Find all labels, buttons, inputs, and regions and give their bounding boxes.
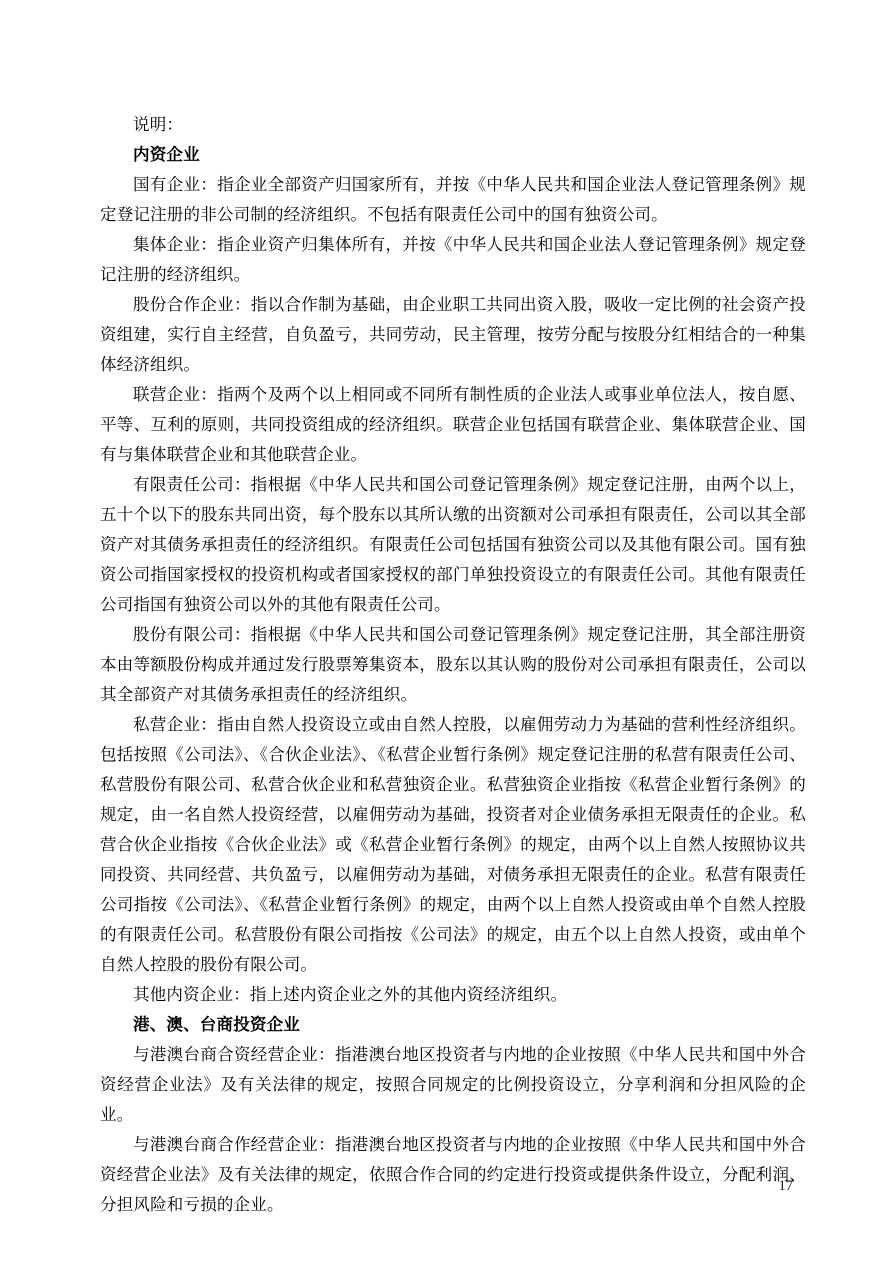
section-heading-hmt-invested-enterprises: 港、澳、台商投资企业 [100, 1010, 806, 1040]
paragraph-hmt-contractual-joint-venture: 与港澳台商合作经营企业：指港澳台地区投资者与内地的企业按照《中华人民共和国中外合… [100, 1130, 806, 1220]
paragraph-share-cooperative-enterprise: 股份合作企业：指以合作制为基础，由企业职工共同出资入股，吸收一定比例的社会资产投… [100, 290, 806, 380]
paragraph-joint-operation-enterprise: 联营企业：指两个及两个以上相同或不同所有制性质的企业法人或事业单位法人，按自愿、… [100, 380, 806, 470]
paragraph-hmt-equity-joint-venture: 与港澳台商合资经营企业：指港澳台地区投资者与内地的企业按照《中华人民共和国中外合… [100, 1040, 806, 1130]
paragraph-state-owned-enterprise: 国有企业：指企业全部资产归国家所有，并按《中华人民共和国企业法人登记管理条例》规… [100, 170, 806, 230]
paragraph-private-enterprise: 私营企业：指由自然人投资设立或由自然人控股，以雇佣劳动力为基础的营利性经济组织。… [100, 710, 806, 980]
paragraph-other-domestic-enterprise: 其他内资企业：指上述内资企业之外的其他内资经济组织。 [100, 980, 806, 1010]
intro-label: 说明： [100, 110, 806, 140]
section-heading-domestic-enterprises: 内资企业 [100, 140, 806, 170]
paragraph-collective-enterprise: 集体企业：指企业资产归集体所有，并按《中华人民共和国企业法人登记管理条例》规定登… [100, 230, 806, 290]
paragraph-share-limited-company: 股份有限公司：指根据《中华人民共和国公司登记管理条例》规定登记注册，其全部注册资… [100, 620, 806, 710]
document-page: 说明： 内资企业 国有企业：指企业全部资产归国家所有，并按《中华人民共和国企业法… [100, 110, 806, 1220]
paragraph-limited-liability-company: 有限责任公司：指根据《中华人民共和国公司登记管理条例》规定登记注册，由两个以上，… [100, 470, 806, 620]
page-number: 17 [779, 1176, 794, 1196]
